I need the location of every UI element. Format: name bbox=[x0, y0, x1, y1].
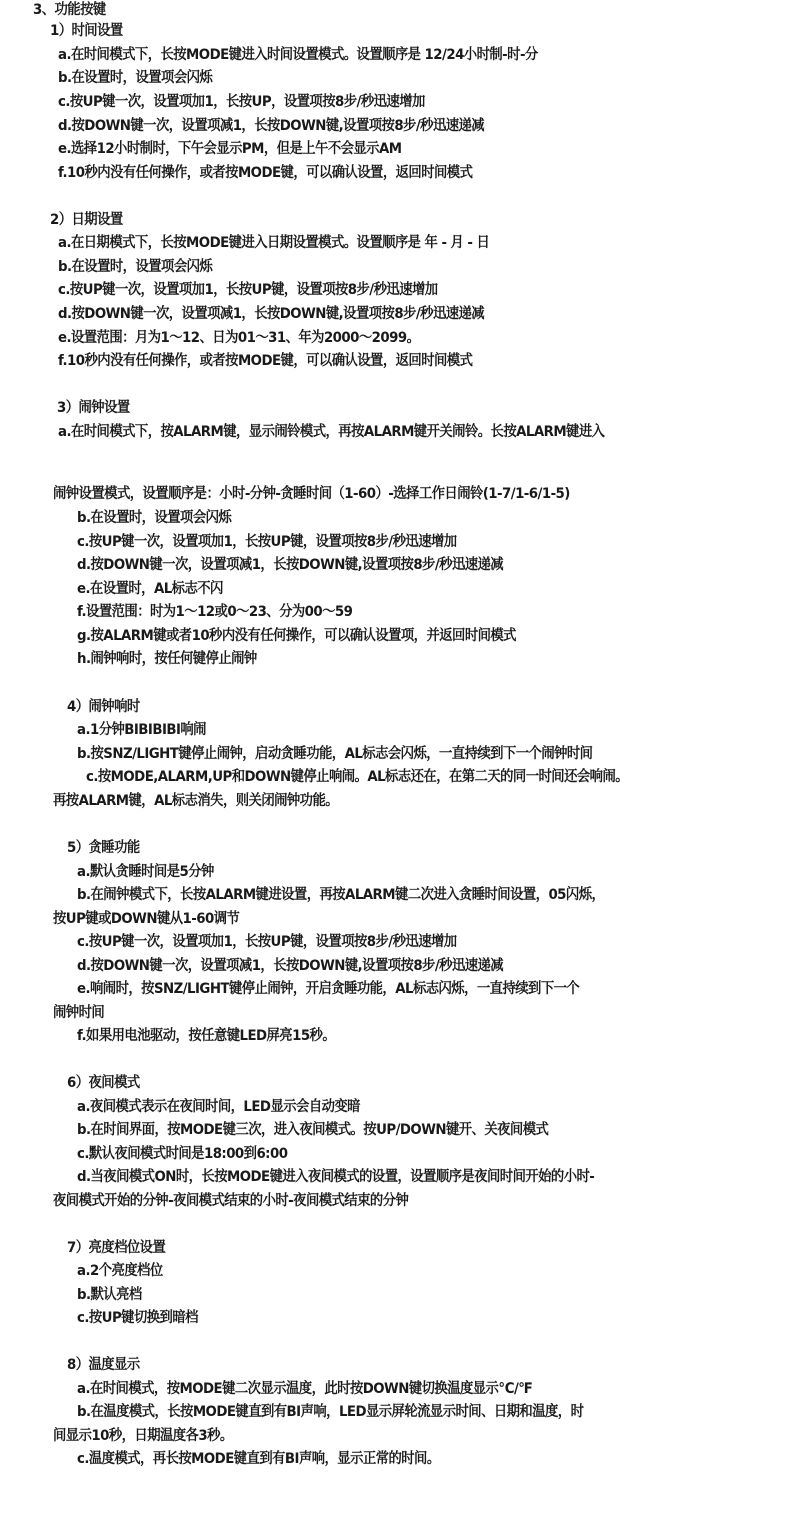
section-heading-temperature: 8）温度显示 bbox=[67, 1355, 140, 1375]
list-item: c.按UP键切换到暗档 bbox=[77, 1308, 198, 1328]
section-heading-night-mode: 6）夜间模式 bbox=[67, 1073, 140, 1093]
list-item: e.选择12小时制时，下午会显示PM，但是上午不会显示AM bbox=[58, 139, 401, 159]
list-item: a.默认贪睡时间是5分钟 bbox=[77, 862, 214, 882]
list-item: b.默认亮档 bbox=[77, 1285, 142, 1305]
list-item: b.在闹钟模式下，长按ALARM键进设置，再按ALARM键二次进入贪睡时间设置，… bbox=[77, 885, 604, 905]
list-item: f.设置范围：时为1～12或0～23、分为00～59 bbox=[77, 602, 352, 622]
list-item-continuation: 再按ALARM键，AL标志消失，则关闭闹钟功能。 bbox=[53, 791, 338, 811]
list-item: b.在设置时，设置项会闪烁 bbox=[58, 68, 212, 88]
list-item: h.闹钟响时，按任何键停止闹钟 bbox=[77, 649, 257, 669]
list-item: f.10秒内没有任何操作，或者按MODE键，可以确认设置，返回时间模式 bbox=[58, 351, 472, 371]
list-item: b.按SNZ/LIGHT键停止闹钟，启动贪睡功能，AL标志会闪烁，一直持续到下一… bbox=[77, 744, 592, 764]
section-heading-alarm-ringing: 4）闹钟响时 bbox=[67, 697, 140, 717]
list-item: a.在时间模式下，长按MODE键进入时间设置模式。设置顺序是 12/24小时制-… bbox=[58, 45, 538, 65]
list-item: d.当夜间模式ON时，长按MODE键进入夜间模式的设置，设置顺序是夜间时间开始的… bbox=[77, 1167, 594, 1187]
list-item-continuation: 间显示10秒，日期温度各3秒。 bbox=[53, 1426, 233, 1446]
list-item: d.按DOWN键一次，设置项减1，长按DOWN键,设置项按8步/秒迅速递减 bbox=[58, 116, 484, 136]
list-item: c.按UP键一次，设置项加1，长按UP键，设置项按8步/秒迅速增加 bbox=[77, 932, 457, 952]
list-item: c.按MODE,ALARM,UP和DOWN键停止响闹。AL标志还在，在第二天的同… bbox=[86, 767, 628, 787]
section-heading-time-setting: 1）时间设置 bbox=[50, 21, 123, 41]
list-item: b.在设置时，设置项会闪烁 bbox=[77, 508, 231, 528]
list-item: a.1分钟BIBIBIBI响闹 bbox=[77, 720, 206, 740]
list-item: e.响闹时，按SNZ/LIGHT键停止闹钟，开启贪睡功能，AL标志闪烁，一直持续… bbox=[77, 979, 579, 999]
list-item: c.按UP键一次，设置项加1，长按UP键，设置项按8步/秒迅速增加 bbox=[58, 280, 438, 300]
section-heading-snooze: 5）贪睡功能 bbox=[67, 838, 140, 858]
list-item: e.设置范围：月为1～12、日为01～31、年为2000～2099。 bbox=[58, 328, 419, 348]
list-item: c.按UP键一次，设置项加1，长按UP键，设置项按8步/秒迅速增加 bbox=[77, 532, 457, 552]
section-heading-alarm-setting: 3）闹钟设置 bbox=[57, 398, 130, 418]
section-heading-brightness: 7）亮度档位设置 bbox=[67, 1238, 165, 1258]
list-item: g.按ALARM键或者10秒内没有任何操作，可以确认设置项，并返回时间模式 bbox=[77, 626, 516, 646]
section-heading-date-setting: 2）日期设置 bbox=[50, 210, 123, 230]
list-item-continuation: 夜间模式开始的分钟-夜间模式结束的小时-夜间模式结束的分钟 bbox=[53, 1191, 408, 1211]
list-item: e.在设置时，AL标志不闪 bbox=[77, 579, 223, 599]
document-title: 3、功能按键 bbox=[33, 0, 106, 20]
list-item: f.10秒内没有任何操作，或者按MODE键，可以确认设置，返回时间模式 bbox=[58, 163, 472, 183]
list-item: b.在设置时，设置项会闪烁 bbox=[58, 257, 212, 277]
list-item: b.在时间界面，按MODE键三次，进入夜间模式。按UP/DOWN键开、关夜间模式 bbox=[77, 1120, 548, 1140]
list-item: c.默认夜间模式时间是18:00到6:00 bbox=[77, 1144, 287, 1164]
list-item: f.如果用电池驱动，按任意键LED屏亮15秒。 bbox=[77, 1026, 335, 1046]
list-item-continuation: 闹钟时间 bbox=[53, 1003, 104, 1023]
list-item: a.在时间模式，按MODE键二次显示温度，此时按DOWN键切换温度显示℃/℉ bbox=[77, 1379, 532, 1399]
list-item: b.在温度模式，长按MODE键直到有BI声响，LED显示屏轮流显示时间、日期和温… bbox=[77, 1402, 583, 1422]
list-item: c.温度模式，再长按MODE键直到有BI声响，显示正常的时间。 bbox=[77, 1449, 440, 1469]
list-item: d.按DOWN键一次，设置项减1，长按DOWN键,设置项按8步/秒迅速递减 bbox=[77, 555, 503, 575]
list-item: a.2个亮度档位 bbox=[77, 1261, 163, 1281]
list-item: a.在时间模式下，按ALARM键，显示闹铃模式，再按ALARM键开关闹铃。长按A… bbox=[58, 422, 604, 442]
list-item-continuation: 按UP键或DOWN键从1-60调节 bbox=[53, 909, 239, 929]
list-item: a.夜间模式表示在夜间时间，LED显示会自动变暗 bbox=[77, 1097, 360, 1117]
list-item: a.在日期模式下，长按MODE键进入日期设置模式。设置顺序是 年 - 月 - 日 bbox=[58, 233, 489, 253]
list-item: d.按DOWN键一次，设置项减1，长按DOWN键,设置项按8步/秒迅速递减 bbox=[77, 956, 503, 976]
list-item: d.按DOWN键一次，设置项减1，长按DOWN键,设置项按8步/秒迅速递减 bbox=[58, 304, 484, 324]
list-item-continuation: 闹钟设置模式，设置顺序是：小时-分钟-贪睡时间（1-60）-选择工作日闹铃(1-… bbox=[53, 484, 570, 504]
list-item: c.按UP键一次，设置项加1，长按UP，设置项按8步/秒迅速增加 bbox=[58, 92, 425, 112]
